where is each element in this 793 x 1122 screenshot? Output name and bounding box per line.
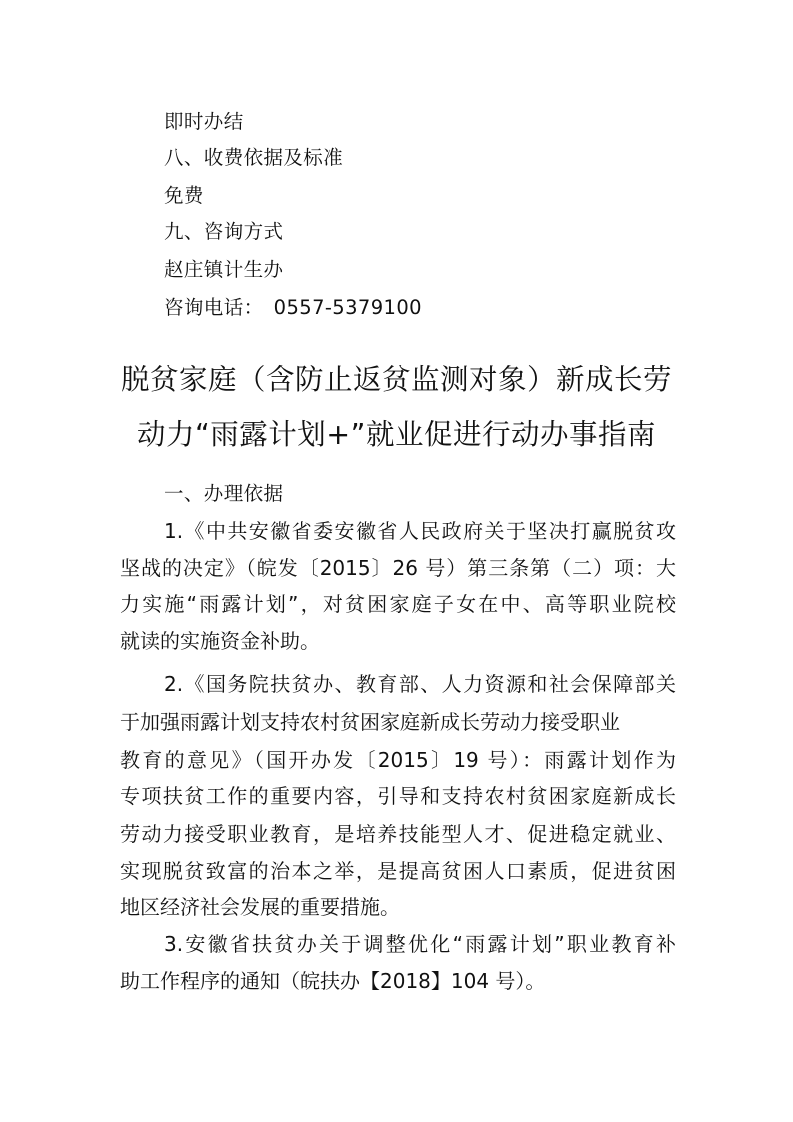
paragraph-line: 教育的意见》（国开办发〔2015〕19 号）：雨露计划作为 [120, 747, 676, 773]
paragraph-line: 助工作程序的通知（皖扶办【2018】104 号）。 [120, 968, 676, 994]
paragraph-line: 3.安徽省扶贫办关于调整优化“雨露计划”职业教育补 [164, 931, 676, 957]
paragraph-line: 地区经济社会发展的重要措施。 [120, 894, 676, 920]
paragraph-line: 力实施“雨露计划”，对贫困家庭子女在中、高等职业院校 [120, 591, 676, 617]
paragraph-line: 于加强雨露计划支持农村贫困家庭新成长劳动力接受职业 [120, 709, 676, 735]
paragraph-line: 坚战的决定》（皖发〔2015〕26 号）第三条第（二）项：大 [120, 555, 676, 581]
consultation-office: 赵庄镇计生办 [164, 258, 283, 282]
guide-title-line-1: 脱贫家庭（含防止返贫监测对象）新成长劳 [0, 362, 793, 398]
section-heading-basis: 一、办理依据 [164, 482, 283, 506]
processing-time-value: 即时办结 [164, 110, 244, 134]
paragraph-line: 劳动力接受职业教育，是培养技能型人才、促进稳定就业、 [120, 821, 676, 847]
paragraph-line: 实现脱贫致富的治本之举，是提高贫困人口素质，促进贫困 [120, 858, 676, 884]
paragraph-line: 2.《国务院扶贫办、教育部、人力资源和社会保障部关 [164, 671, 676, 697]
fee-basis-heading: 八、收费依据及标准 [164, 146, 343, 170]
paragraph-line: 就读的实施资金补助。 [120, 628, 676, 654]
paragraph-line: 1.《中共安徽省委安徽省人民政府关于坚决打赢脱贫攻 [164, 518, 676, 544]
fee-value: 免费 [164, 184, 204, 208]
consultation-heading: 九、咨询方式 [164, 220, 283, 244]
paragraph-line: 专项扶贫工作的重要内容，引导和支持农村贫困家庭新成长 [120, 783, 676, 809]
consultation-phone: 咨询电话： 0557-5379100 [164, 296, 422, 320]
guide-title-line-2: 动力“雨露计划+”就业促进行动办事指南 [0, 417, 793, 453]
